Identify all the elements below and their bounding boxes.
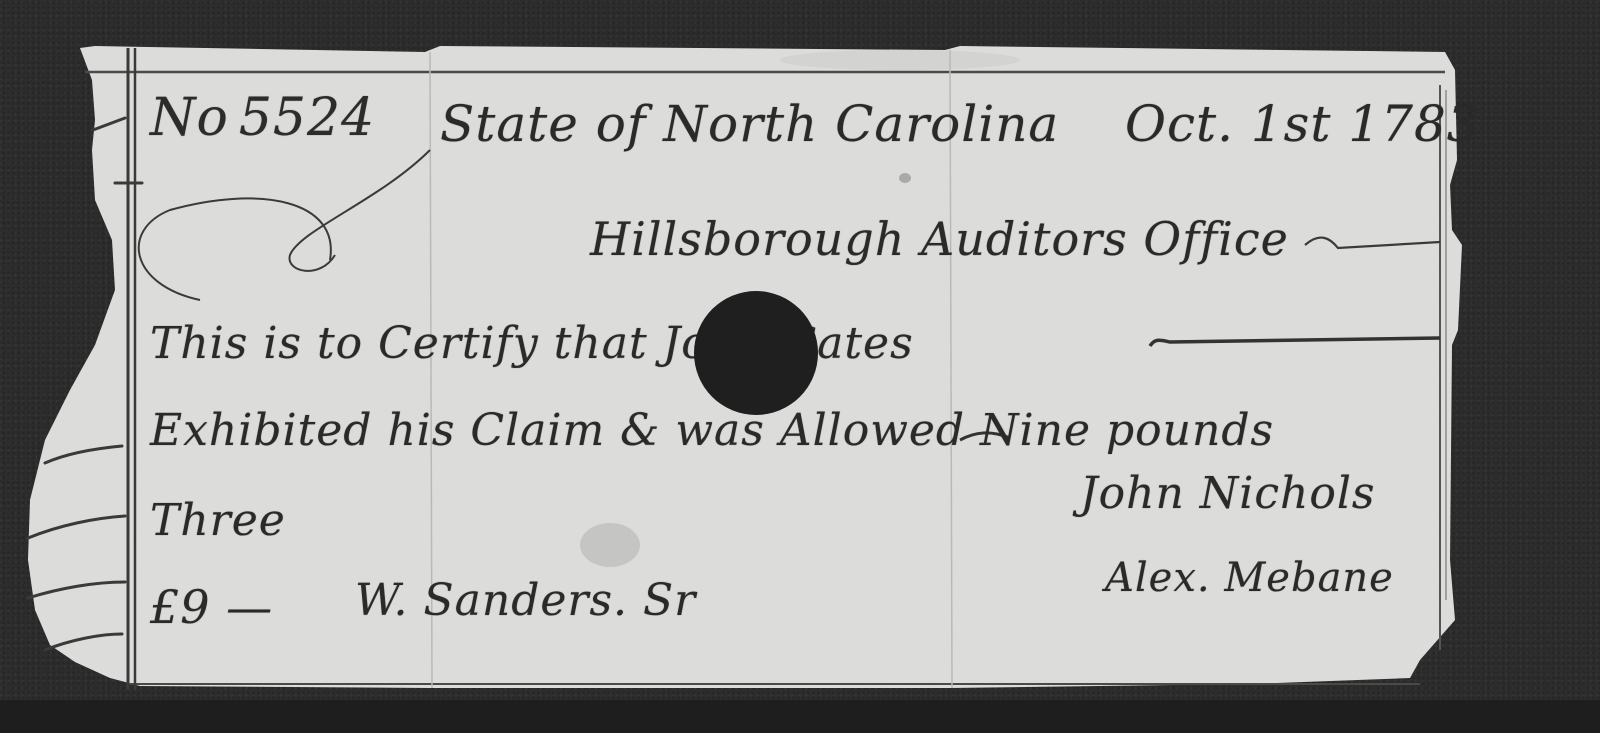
number-value: 5524 xyxy=(239,88,375,148)
clerk-signature: W. Sanders. Sr xyxy=(355,575,696,626)
body-line-amount-word: Three xyxy=(150,495,286,546)
punch-hole xyxy=(694,291,818,415)
header-date: Oct. 1st 1783 xyxy=(1125,95,1480,153)
number-label: No xyxy=(150,88,229,148)
auditor-signature-2: Alex. Mebane xyxy=(1105,555,1394,601)
header-state: State of North Carolina xyxy=(440,95,1059,153)
amount-figure: £9 — xyxy=(150,580,273,634)
body-line-claim: Exhibited his Claim & was Allowed Nine p… xyxy=(150,405,1274,456)
auditor-signature-1: John Nichols xyxy=(1080,468,1376,519)
office-line: Hillsborough Auditors Office xyxy=(590,212,1289,266)
document-paper: No5524 State of North Carolina Oct. 1st … xyxy=(0,0,1600,733)
certificate-number: No5524 xyxy=(150,88,375,148)
